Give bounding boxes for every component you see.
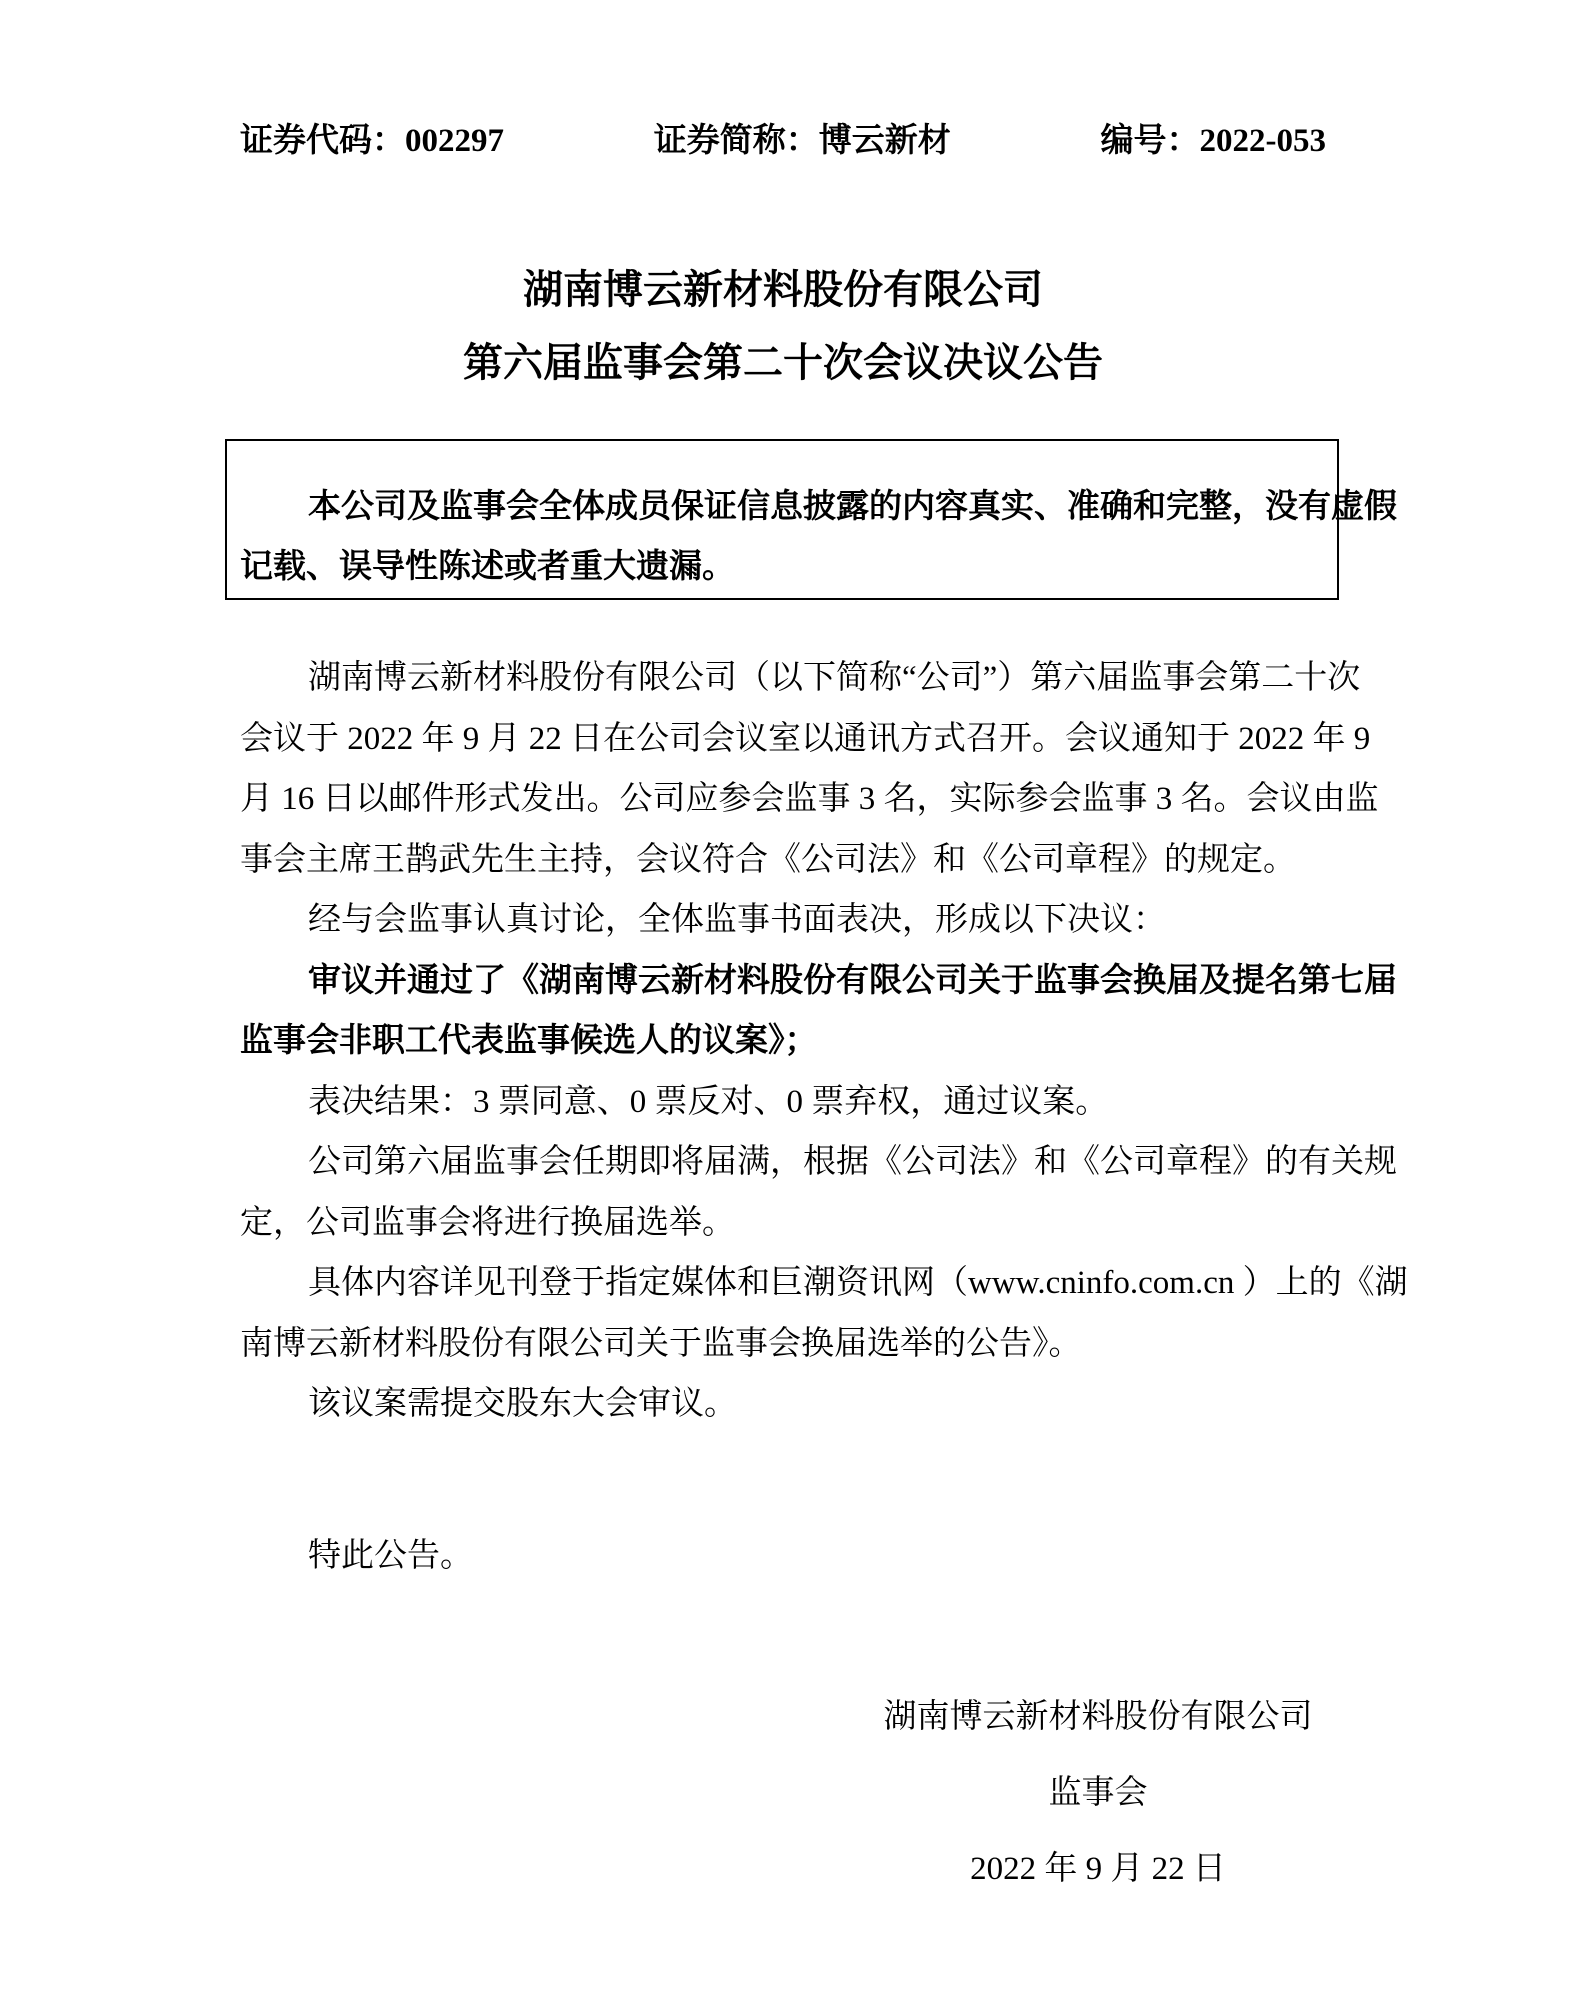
body-line: 该议案需提交股东大会审议。 <box>240 1374 1326 1435</box>
disclaimer-line: 记载、误导性陈述或者重大遗漏。 <box>240 537 1324 597</box>
stock-code: 证券代码：002297 <box>240 118 504 164</box>
announcement-number: 编号：2022-053 <box>1101 118 1327 164</box>
signature-block: 湖南博云新材料股份有限公司 监事会 2022 年 9 月 22 日 <box>872 1679 1324 1907</box>
body-line: 具体内容详见刊登于指定媒体和巨潮资讯网（www.cninfo.com.cn ）上… <box>240 1253 1326 1314</box>
body-line: 月 16 日以邮件形式发出。公司应参会监事 3 名，实际参会监事 3 名。会议由… <box>240 769 1326 830</box>
disclaimer-line: 本公司及监事会全体成员保证信息披露的内容真实、准确和完整，没有虚假 <box>240 477 1324 537</box>
body-line-vote-result: 表决结果：3 票同意、0 票反对、0 票弃权，通过议案。 <box>240 1072 1326 1133</box>
document-page: 证券代码：002297 证券简称：博云新材 编号：2022-053 湖南博云新材… <box>0 0 1587 2000</box>
body-line-resolution: 监事会非职工代表监事候选人的议案》； <box>240 1011 1326 1072</box>
closing-statement: 特此公告。 <box>240 1526 1326 1587</box>
body-line-resolution: 审议并通过了《湖南博云新材料股份有限公司关于监事会换届及提名第七届 <box>240 951 1326 1012</box>
body-line: 定，公司监事会将进行换届选举。 <box>240 1193 1326 1254</box>
body-line: 事会主席王鹊武先生主持，会议符合《公司法》和《公司章程》的规定。 <box>240 830 1326 891</box>
body-line: 经与会监事认真讨论，全体监事书面表决，形成以下决议： <box>240 890 1326 951</box>
signature-department: 监事会 <box>872 1755 1324 1831</box>
document-header: 证券代码：002297 证券简称：博云新材 编号：2022-053 <box>240 118 1326 164</box>
signature-company: 湖南博云新材料股份有限公司 <box>872 1679 1324 1755</box>
stock-abbreviation: 证券简称：博云新材 <box>654 118 951 164</box>
disclaimer-box: 本公司及监事会全体成员保证信息披露的内容真实、准确和完整，没有虚假 记载、误导性… <box>225 439 1339 600</box>
body-line: 公司第六届监事会任期即将届满，根据《公司法》和《公司章程》的有关规 <box>240 1132 1326 1193</box>
announcement-body: 湖南博云新材料股份有限公司（以下简称“公司”）第六届监事会第二十次 会议于 20… <box>240 648 1326 1435</box>
body-line: 会议于 2022 年 9 月 22 日在公司会议室以通讯方式召开。会议通知于 2… <box>240 709 1326 770</box>
body-line: 湖南博云新材料股份有限公司（以下简称“公司”）第六届监事会第二十次 <box>240 648 1326 709</box>
company-title: 湖南博云新材料股份有限公司 <box>240 266 1326 314</box>
announcement-title: 第六届监事会第二十次会议决议公告 <box>240 339 1326 387</box>
signature-date: 2022 年 9 月 22 日 <box>872 1831 1324 1907</box>
body-line: 南博云新材料股份有限公司关于监事会换届选举的公告》。 <box>240 1314 1326 1375</box>
